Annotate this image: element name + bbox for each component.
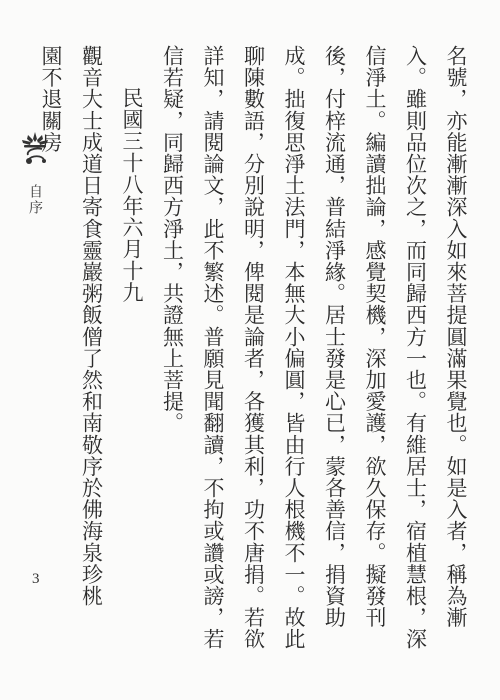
text-column: 聊陳數語，分別說明，俾閱是論者，各獲其利，功不唐捐。若欲 [233,45,274,645]
signature-line: 觀音大士成道日寄食靈巖粥飯僧了然和南敬序於佛海泉珍桃 [71,45,112,645]
date-line: 民國三十八年六月十九 [112,45,153,645]
text-column: 信淨土。編讀拙論，感覺契機，深加愛護，欲久保存。擬發刊 [355,45,396,645]
page-number: 3 [32,571,40,588]
vertical-text-body: 名號，亦能漸漸深入如來菩提圓滿果覺也。如是入者，稱為漸 入。雖則品位次之，而同歸… [31,45,477,645]
text-column: 後，付梓流通，普結淨緣。居士發是心已，蒙各善信，捐資助 [314,45,355,645]
book-page: 名號，亦能漸漸深入如來菩提圓滿果覺也。如是入者，稱為漸 入。雖則品位次之，而同歸… [0,0,500,700]
section-label: 自序 [25,184,45,216]
lotus-icon [20,130,50,166]
text-column: 名號，亦能漸漸深入如來菩提圓滿果覺也。如是入者，稱為漸 [436,45,477,645]
text-column: 入。雖則品位次之，而同歸西方一也。有維居士，宿植慧根，深 [395,45,436,645]
text-column: 成。拙復思淨土法門，本無大小偏圓，皆由行人根機不一。故此 [274,45,315,645]
text-column: 詳知，請閱論文，此不繁述。普願見聞翻讀，不拘或讚或謗，若 [193,45,234,645]
text-column: 信若疑，同歸西方淨土，共證無上菩提。 [152,45,193,645]
page-margin-sidebar: 自序 3 [0,0,70,700]
